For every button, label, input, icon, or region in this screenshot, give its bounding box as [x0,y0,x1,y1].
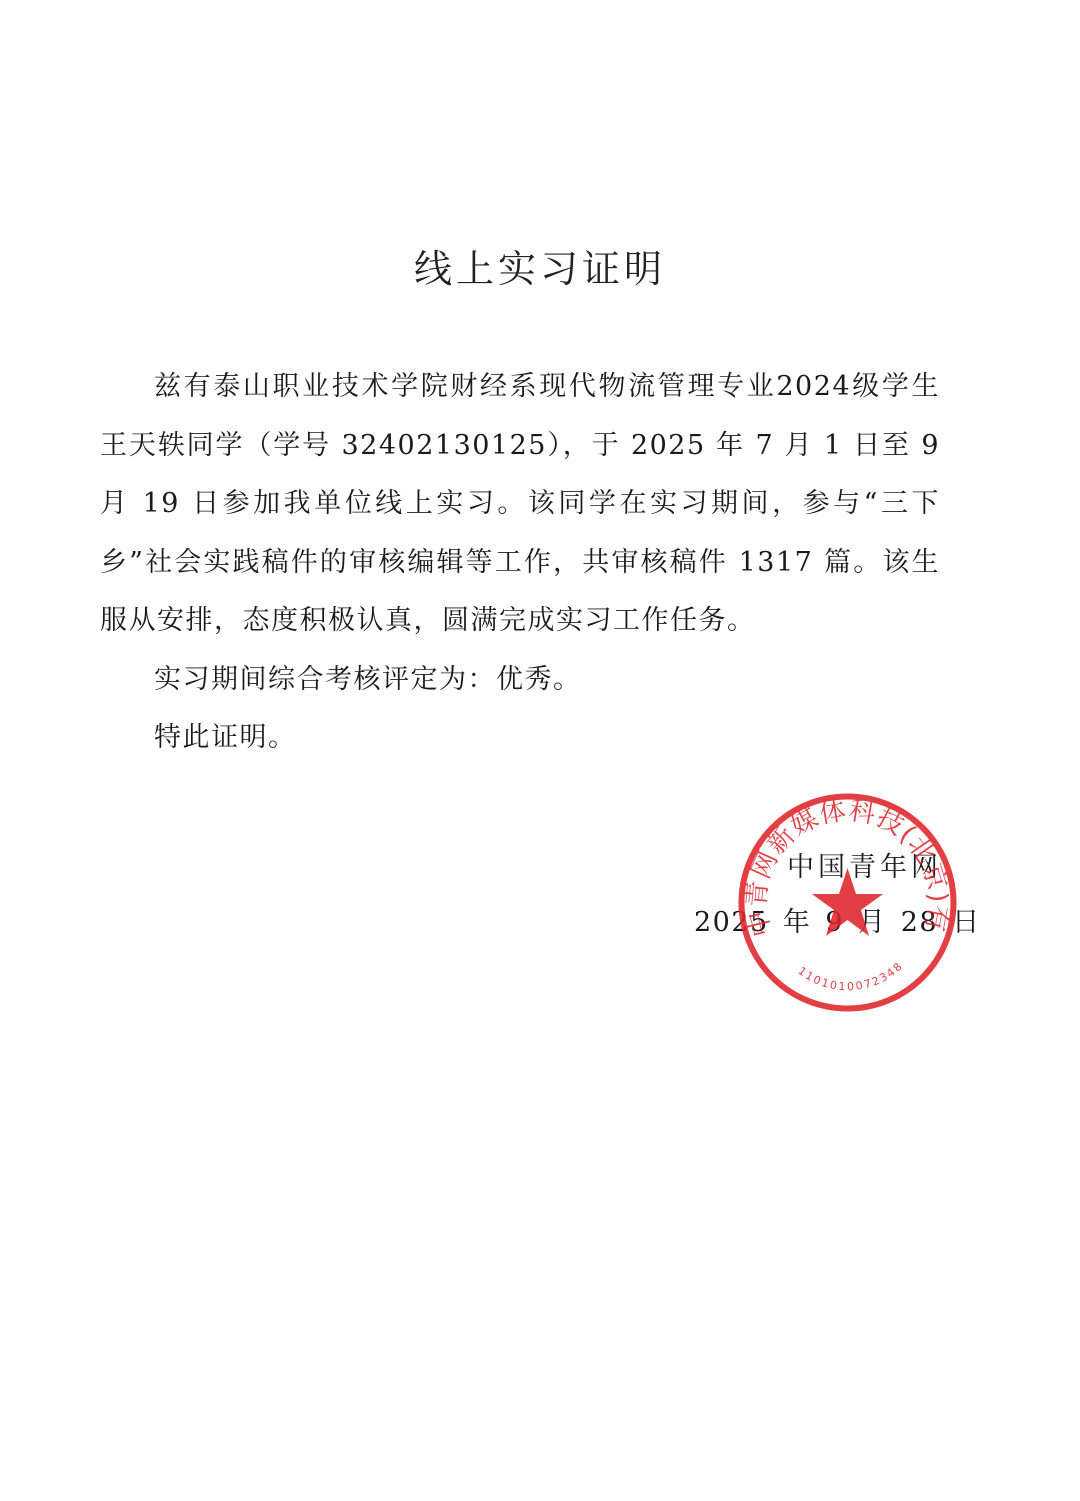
paragraph-evaluation: 实习期间综合考核评定为：优秀。 [100,651,940,709]
paragraph-main: 兹有泰山职业技术学院财经系现代物流管理专业2024级学生王天轶同学（学号 324… [100,358,940,651]
document-title: 线上实习证明 [0,238,1080,293]
signature-date: 2025 年 9 月 28 日 [694,900,981,939]
document-body: 兹有泰山职业技术学院财经系现代物流管理专业2024级学生王天轶同学（学号 324… [100,358,940,767]
paragraph-closing: 特此证明。 [100,709,940,767]
signature-organization: 中国青年网 [787,845,942,884]
seal-number: 1101010072348 [796,959,906,993]
svg-text:1101010072348: 1101010072348 [796,959,906,993]
